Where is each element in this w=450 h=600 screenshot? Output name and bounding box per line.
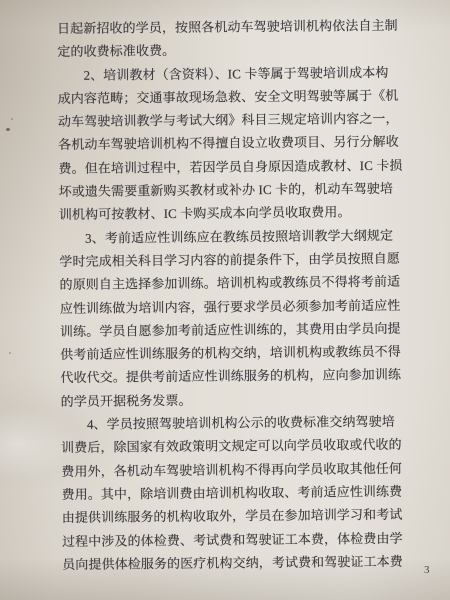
text-line: 费用。其中，除培训费由培训机构收取、考前适应性训练费 bbox=[61, 480, 401, 507]
text-line: 员向提供体检服务的医疗机构交纳，考试费和驾驶证工本费 bbox=[62, 550, 402, 577]
text-line: 训机构可按教材、IC 卡购买成本向学员收取费用。 bbox=[59, 200, 399, 227]
text-line: 成内容范畴；交通事故现场急救、安全文明驾驶等属于《机 bbox=[58, 84, 398, 111]
text-line: 4、学员按照驾驶培训机构公示的收费标准交纳驾驶培 bbox=[61, 410, 401, 437]
text-line: 代收代交。提供考前适应性训练服务的机构，应向参加训练 bbox=[60, 363, 400, 390]
text-line: 训练。学员自愿参加考前适应性训练的，其费用由学员向提 bbox=[60, 317, 400, 344]
paper-speck bbox=[9, 352, 11, 354]
page-number: 3 bbox=[424, 564, 430, 576]
text-line: 坏或遗失需要重新购买教材或补办 IC 卡的，机动车驾驶培 bbox=[59, 177, 399, 204]
text-line: 费用外，各机动车驾驶培训机构不得再向学员收取其他任何 bbox=[61, 456, 401, 483]
text-line: 动车驾驶培训教学与考试大纲》科目三规定培训内容之一， bbox=[58, 107, 398, 134]
text-line: 过程中涉及的体检费、考试费和驾驶证工本费，体检费由学 bbox=[62, 526, 402, 553]
text-line: 的学员开据税务发票。 bbox=[61, 386, 401, 413]
text-line: 供考前适应性训练服务的机构交纳，培训机构或教练员不得 bbox=[60, 340, 400, 367]
text-line: 日起新招收的学员，按照各机动车驾驶培训机构依法自主制 bbox=[57, 14, 397, 41]
text-line: 由提供训练服务的机构收取外，学员在参加培训学习和考试 bbox=[62, 503, 402, 530]
paper-smudge bbox=[75, 12, 81, 15]
paper-speck bbox=[6, 128, 10, 131]
text-line: 学时完成相关科目学习内容的前提条件下，由学员按照自愿 bbox=[59, 247, 399, 274]
paper-speck bbox=[11, 118, 13, 120]
text-line: 定的收费标准收费。 bbox=[57, 37, 397, 64]
document-photo: 日起新招收的学员，按照各机动车驾驶培训机构依法自主制定的收费标准收费。2、培训教… bbox=[0, 0, 450, 600]
page-text: 日起新招收的学员，按照各机动车驾驶培训机构依法自主制定的收费标准收费。2、培训教… bbox=[57, 14, 402, 576]
text-line: 费。但在培训过程中，若因学员自身原因造成教材、IC 卡损 bbox=[58, 154, 398, 181]
text-line: 训费后，除国家有效政策明文规定可以向学员收取或代收的 bbox=[61, 433, 401, 460]
text-line: 的原则自主选择参加训练。培训机构或教练员不得将考前适 bbox=[59, 270, 399, 297]
text-line: 3、考前适应性训练应在教练员按照培训教学大纲规定 bbox=[59, 223, 399, 250]
text-line: 各机动车驾驶培训机构不得擅自设立收费项目、另行分解收 bbox=[58, 130, 398, 157]
text-line: 2、培训教材（含资料）、IC 卡等属于驾驶培训成本构 bbox=[57, 60, 397, 87]
text-line: 应性训练做为培训内容，强行要求学员必须参加考前适应性 bbox=[60, 293, 400, 320]
